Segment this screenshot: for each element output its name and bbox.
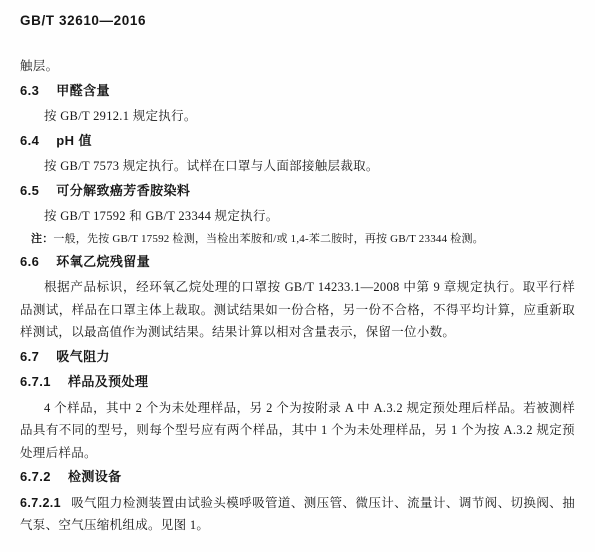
paragraph-6-6: 根据产品标识，经环氧乙烷处理的口罩按 GB/T 14233.1—2008 中第 … (20, 276, 575, 344)
section-heading-6-5: 6.5 可分解致癌芳香胺染料 (20, 180, 575, 203)
section-title: 样品及预处理 (68, 374, 148, 389)
paragraph-6-3: 按 GB/T 2912.1 规定执行。 (20, 105, 575, 128)
clause-6-7-2-1: 6.7.2.1吸气阻力检测装置由试验头模呼吸管道、测压管、微压计、流量计、调节阀… (20, 492, 575, 537)
section-heading-6-7: 6.7 吸气阻力 (20, 346, 575, 369)
section-heading-6-7-1: 6.7.1 样品及预处理 (20, 371, 575, 394)
section-number: 6.7.2 (20, 469, 51, 484)
section-title: 吸气阻力 (56, 349, 110, 364)
paragraph-6-4: 按 GB/T 7573 规定执行。试样在口罩与人面部接触层裁取。 (20, 155, 575, 178)
section-heading-6-6: 6.6 环氧乙烷残留量 (20, 251, 575, 274)
note-label: 注： (31, 233, 53, 245)
paragraph-6-7-1: 4 个样品，其中 2 个为未处理样品，另 2 个为按附录 A 中 A.3.2 规… (20, 397, 575, 465)
section-title: 环氧乙烷残留量 (56, 254, 150, 269)
section-title: 检测设备 (68, 469, 122, 484)
paragraph-6-5: 按 GB/T 17592 和 GB/T 23344 规定执行。 (20, 205, 575, 228)
section-number: 6.7.1 (20, 374, 51, 389)
note-6-5: 注：一般，先按 GB/T 17592 检测，当检出苯胺和/或 1,4-苯二胺时，… (20, 229, 575, 249)
section-heading-6-3: 6.3 甲醛含量 (20, 80, 575, 103)
section-heading-6-7-2: 6.7.2 检测设备 (20, 466, 575, 489)
standard-number-header: GB/T 32610—2016 (20, 13, 575, 29)
note-text: 一般，先按 GB/T 17592 检测，当检出苯胺和/或 1,4-苯二胺时，再按… (53, 233, 483, 245)
section-number: 6.5 (20, 183, 39, 198)
section-title: 可分解致癌芳香胺染料 (56, 183, 190, 198)
clause-number: 6.7.2.1 (20, 496, 61, 510)
section-number: 6.7 (20, 349, 39, 364)
section-title: pH 值 (56, 133, 92, 148)
section-number: 6.4 (20, 133, 39, 148)
clause-text: 吸气阻力检测装置由试验头模呼吸管道、测压管、微压计、流量计、调节阀、切换阀、抽气… (20, 496, 575, 533)
carryover-text: 触层。 (20, 55, 575, 78)
section-heading-6-4: 6.4 pH 值 (20, 130, 575, 153)
section-number: 6.6 (20, 254, 39, 269)
document-page: GB/T 32610—2016 触层。 6.3 甲醛含量 按 GB/T 2912… (0, 0, 595, 552)
section-number: 6.3 (20, 83, 39, 98)
section-title: 甲醛含量 (56, 83, 110, 98)
